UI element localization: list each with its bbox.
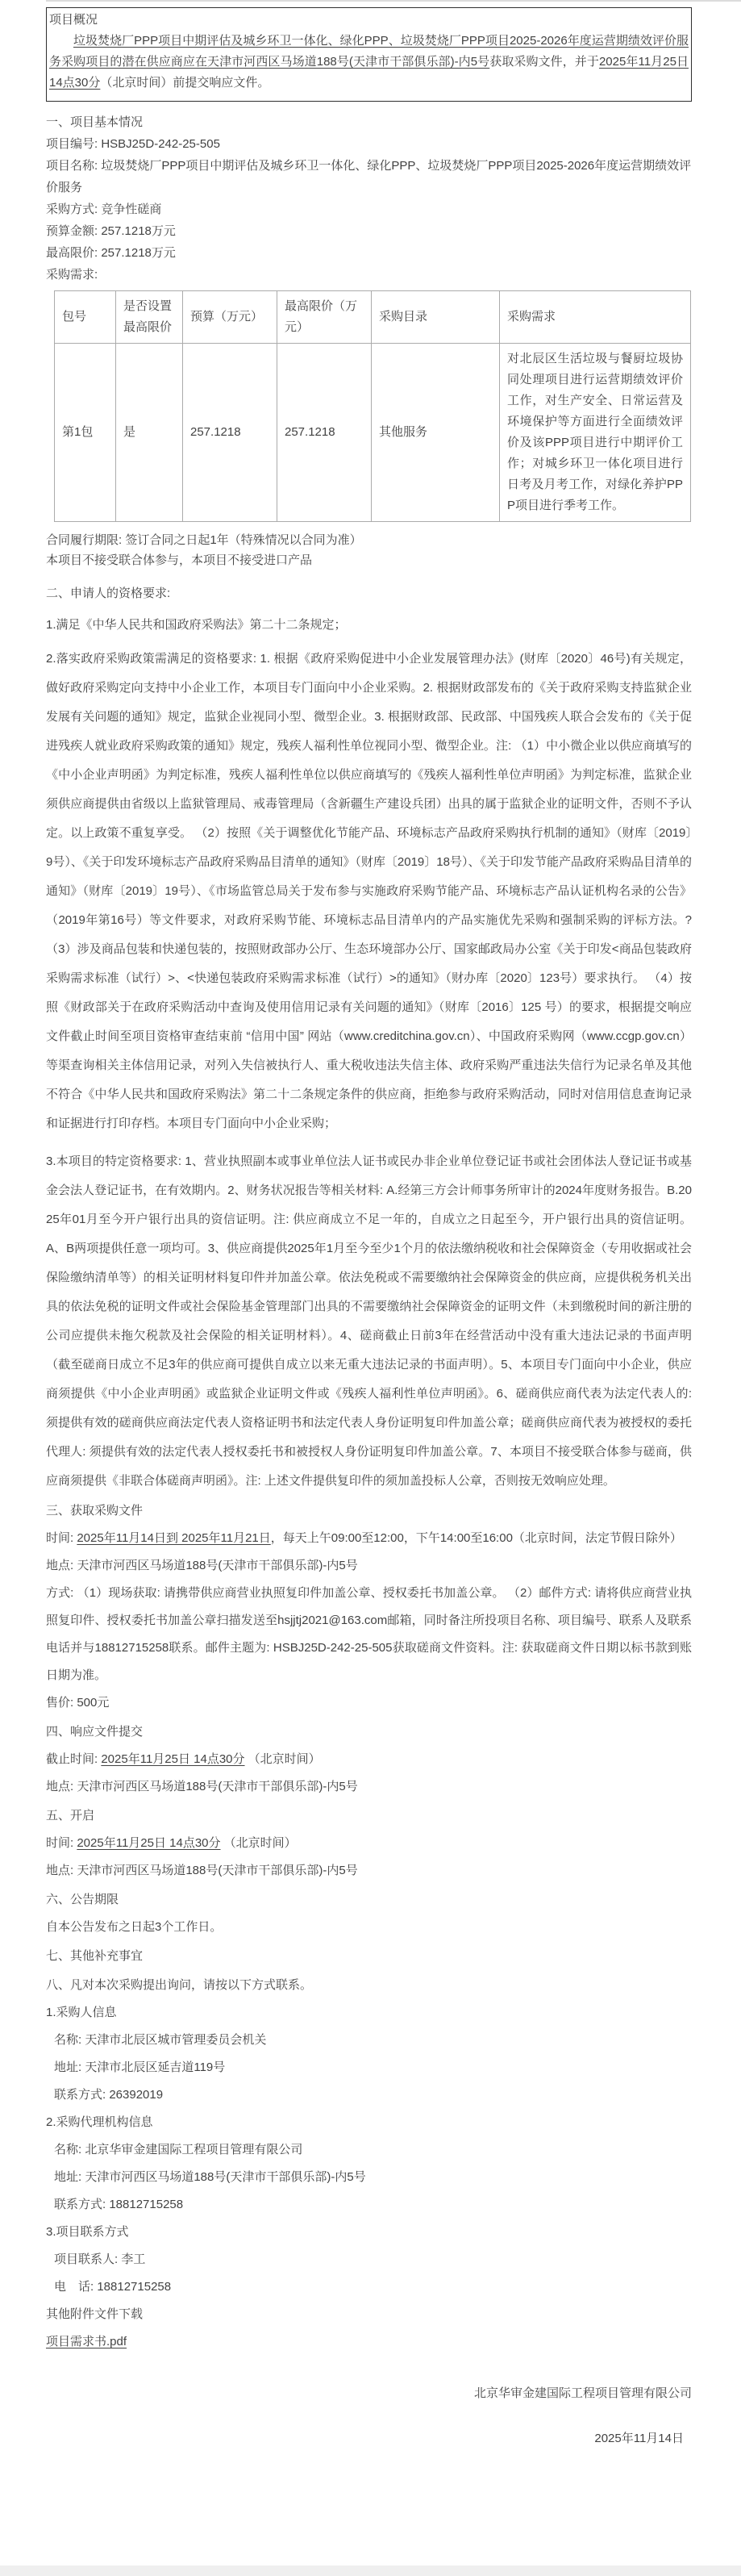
table-header-demand: 采购需求 <box>500 291 691 344</box>
section-inquiry-heading: 八、凡对本次采购提出询问，请按以下方式联系。 <box>46 1972 692 1999</box>
overview-summary: 垃圾焚烧厂PPP项目中期评估及城乡环卫一体化、绿化PPP、垃圾焚烧厂PPP项目2… <box>49 31 689 94</box>
agency-address: 地址: 天津市河西区马场道188号(天津市干部俱乐部)-内5号 <box>46 2164 692 2191</box>
max-price: 最高限价: 257.1218万元 <box>46 242 692 264</box>
table-header-has-cap: 是否设置最高限价 <box>116 291 183 344</box>
cell-demand: 对北辰区生活垃圾与餐厨垃圾协同处理项目进行运营期绩效评价工作，对生产安全、日常运… <box>500 344 691 522</box>
obtain-time-underline: 2025年11月14日到 2025年11月21日 <box>77 1531 270 1545</box>
opening-time-underline: 2025年11月25日 14点30分 <box>77 1836 220 1850</box>
section-qualification-heading: 二、申请人的资格要求: <box>46 583 692 604</box>
table-header-budget: 预算（万元） <box>183 291 277 344</box>
opening-time: 时间: 2025年11月25日 14点30分 （北京时间） <box>46 1830 692 1857</box>
cell-catalog: 其他服务 <box>372 344 500 522</box>
opening-time-tail: （北京时间） <box>221 1836 297 1850</box>
period-body: 自本公告发布之日起3个工作日。 <box>46 1914 692 1941</box>
demand-label: 采购需求: <box>46 264 692 286</box>
obtain-time: 时间: 2025年11月14日到 2025年11月21日，每天上午09:00至1… <box>46 1525 692 1552</box>
section-other-heading: 七、其他补充事宜 <box>46 1943 692 1970</box>
no-consortium-note: 本项目不接受联合体参与，本项目不接受进口产品 <box>46 550 692 570</box>
project-contact-heading: 3.项目联系方式 <box>46 2219 692 2246</box>
attachment-pdf-link[interactable]: 项目需求书.pdf <box>46 2335 127 2348</box>
announcement-content: 项目概况 垃圾焚烧厂PPP项目中期评估及城乡环卫一体化、绿化PPP、垃圾焚烧厂P… <box>46 7 692 2453</box>
top-divider <box>46 0 741 2</box>
section-obtain-heading: 三、获取采购文件 <box>46 1497 692 1525</box>
qualification-item-3: 3.本项目的特定资格要求: 1、营业执照副本或事业单位法人证书或民办非企业单位登… <box>46 1147 692 1496</box>
obtain-price: 售价: 500元 <box>46 1689 692 1717</box>
obtain-time-prefix: 时间: <box>46 1531 77 1545</box>
project-name: 项目名称: 垃圾焚烧厂PPP项目中期评估及城乡环卫一体化、绿化PPP、垃圾焚烧厂… <box>46 155 692 198</box>
project-number: 项目编号: HSBJ25D-242-25-505 <box>46 133 692 155</box>
buyer-info-heading: 1.采购人信息 <box>46 1999 692 2027</box>
bottom-gray-strip <box>0 2566 741 2576</box>
attachment-label: 其他附件文件下载 <box>46 2301 692 2328</box>
buyer-name: 名称: 天津市北辰区城市管理委员会机关 <box>46 2027 692 2054</box>
submission-deadline: 截止时间: 2025年11月25日 14点30分 （北京时间） <box>46 1746 692 1773</box>
table-header-catalog: 采购目录 <box>372 291 500 344</box>
project-contact-phone: 电 话: 18812715258 <box>46 2273 692 2301</box>
obtain-method: 方式: （1）现场获取: 请携带供应商营业执照复印件加盖公章、授权委托书加盖公章… <box>46 1580 692 1689</box>
agency-name: 名称: 北京华审金建国际工程项目管理有限公司 <box>46 2136 692 2164</box>
overview-title: 项目概况 <box>49 10 689 31</box>
section-submission-heading: 四、响应文件提交 <box>46 1718 692 1746</box>
section-basic-heading: 一、项目基本情况 <box>46 111 692 133</box>
table-header-row: 包号 是否设置最高限价 预算（万元） 最高限价（万元） 采购目录 采购需求 <box>55 291 691 344</box>
overview-mid-text: 获取采购文件，并于 <box>489 55 599 69</box>
footer-company: 北京华审金建国际工程项目管理有限公司 <box>46 2380 692 2407</box>
submission-deadline-prefix: 截止时间: <box>46 1752 101 1766</box>
submission-deadline-tail: （北京时间） <box>245 1752 321 1766</box>
cell-cap: 257.1218 <box>277 344 372 522</box>
footer-date: 2025年11月14日 <box>46 2425 692 2453</box>
obtain-time-rest: ，每天上午09:00至12:00，下午14:00至16:00（北京时间，法定节假… <box>271 1531 682 1545</box>
buyer-contact: 联系方式: 26392019 <box>46 2081 692 2109</box>
section-opening-heading: 五、开启 <box>46 1802 692 1830</box>
buyer-address: 地址: 天津市北辰区延吉道119号 <box>46 2054 692 2081</box>
opening-location: 地点: 天津市河西区马场道188号(天津市干部俱乐部)-内5号 <box>46 1857 692 1885</box>
budget-amount: 预算金额: 257.1218万元 <box>46 220 692 242</box>
contract-term: 合同履行期限: 签订合同之日起1年（特殊情况以合同为准） <box>46 530 692 550</box>
table-header-cap: 最高限价（万元） <box>277 291 372 344</box>
project-overview-box: 项目概况 垃圾焚烧厂PPP项目中期评估及城乡环卫一体化、绿化PPP、垃圾焚烧厂P… <box>46 7 692 102</box>
opening-time-prefix: 时间: <box>46 1836 77 1850</box>
table-row: 第1包 是 257.1218 257.1218 其他服务 对北辰区生活垃圾与餐厨… <box>55 344 691 522</box>
procurement-demand-table: 包号 是否设置最高限价 预算（万元） 最高限价（万元） 采购目录 采购需求 第1… <box>54 290 691 522</box>
announcement-page: 项目概况 垃圾焚烧厂PPP项目中期评估及城乡环卫一体化、绿化PPP、垃圾焚烧厂P… <box>0 0 741 2576</box>
lower-sections: 三、获取采购文件 时间: 2025年11月14日到 2025年11月21日，每天… <box>46 1497 692 2453</box>
agency-contact: 联系方式: 18812715258 <box>46 2191 692 2219</box>
submission-location: 地点: 天津市河西区马场道188号(天津市干部俱乐部)-内5号 <box>46 1773 692 1801</box>
submission-deadline-underline: 2025年11月25日 14点30分 <box>101 1752 244 1766</box>
project-contact-person: 项目联系人: 李工 <box>46 2246 692 2273</box>
obtain-location: 地点: 天津市河西区马场道188号(天津市干部俱乐部)-内5号 <box>46 1552 692 1580</box>
section-period-heading: 六、公告期限 <box>46 1886 692 1914</box>
cell-package: 第1包 <box>55 344 116 522</box>
table-header-package: 包号 <box>55 291 116 344</box>
procurement-method: 采购方式: 竞争性磋商 <box>46 198 692 220</box>
cell-budget: 257.1218 <box>183 344 277 522</box>
qualification-item-1: 1.满足《中华人民共和国政府采购法》第二十二条规定； <box>46 615 692 636</box>
cell-has-cap: 是 <box>116 344 183 522</box>
attachment-row: 项目需求书.pdf <box>46 2328 692 2356</box>
qualification-item-2: 2.落实政府采购政策需满足的资格要求: 1. 根据《政府采购促进中小企业发展管理… <box>46 645 692 1138</box>
overview-tail-text: （北京时间）前提交响应文件。 <box>100 76 269 90</box>
agency-info-heading: 2.采购代理机构信息 <box>46 2109 692 2136</box>
